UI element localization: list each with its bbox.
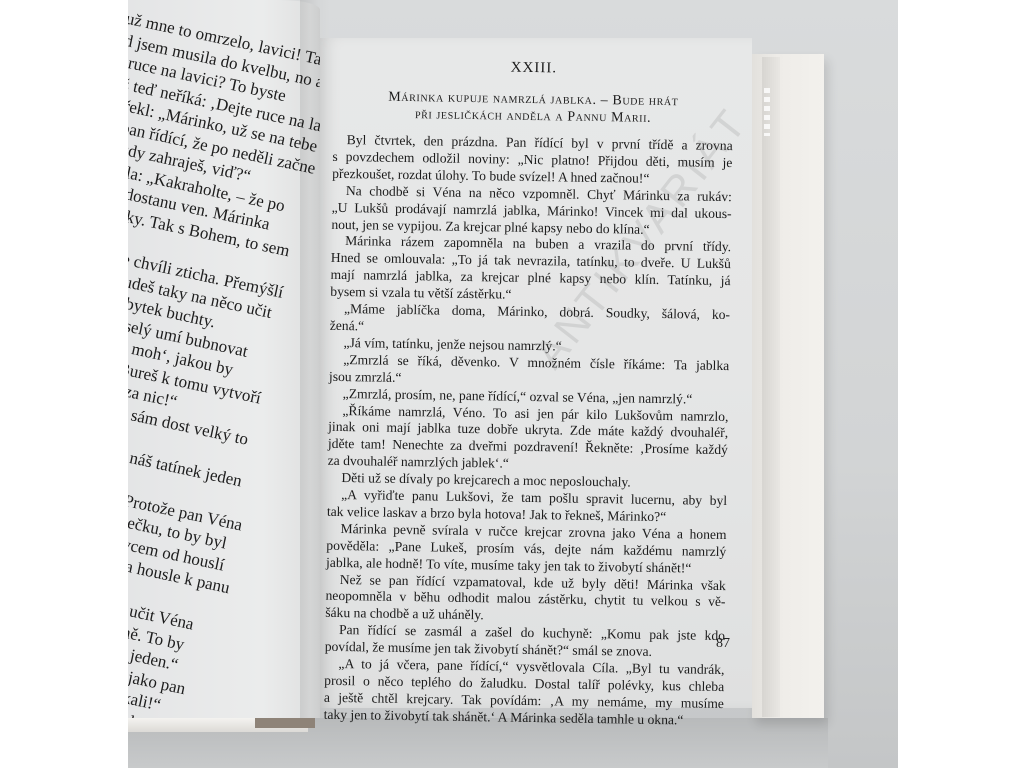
paragraph: „Zmrzlá se říká, děvenko. V množném čísl…: [329, 352, 729, 392]
right-page: XXIII. Márinka kupuje namrzlá jablka. – …: [320, 38, 752, 708]
cover-edge-marks: [764, 88, 770, 136]
left-page-text: když už mne to omrzelo, lavici! TatínekA…: [128, 0, 320, 718]
paragraph: Než se pan řídící vzpamatoval, kde už by…: [325, 571, 726, 628]
left-page: když už mne to omrzelo, lavici! TatínekA…: [128, 0, 320, 718]
paragraph: Na chodbě si Véna na něco vzpomněl. Chyť…: [331, 183, 732, 240]
book-spine-tab: [255, 718, 315, 728]
body-text: Byl čtvrtek, den prázdna. Pan řídící byl…: [324, 132, 733, 730]
paragraph: Márinka pevně svírala v ručce krejcar zr…: [326, 521, 727, 578]
paragraph: „Říkáme namrzlá, Véno. To asi jen pár ki…: [328, 402, 729, 476]
chapter-title: Márinka kupuje namrzlá jablka. – Bude hr…: [333, 88, 733, 128]
book-cover-fold: [762, 57, 780, 717]
paragraph: Márinka rázem zapomněla na buben a vrazi…: [330, 233, 731, 307]
paragraph: „A to já včera, pane řídící,“ vysvětlova…: [324, 656, 725, 730]
page-number: 87: [716, 636, 730, 652]
page-content: XXIII. Márinka kupuje namrzlá jablka. – …: [324, 57, 734, 730]
chapter-number: XXIII.: [334, 57, 734, 80]
paragraph: Byl čtvrtek, den prázdna. Pan řídící byl…: [332, 132, 733, 189]
